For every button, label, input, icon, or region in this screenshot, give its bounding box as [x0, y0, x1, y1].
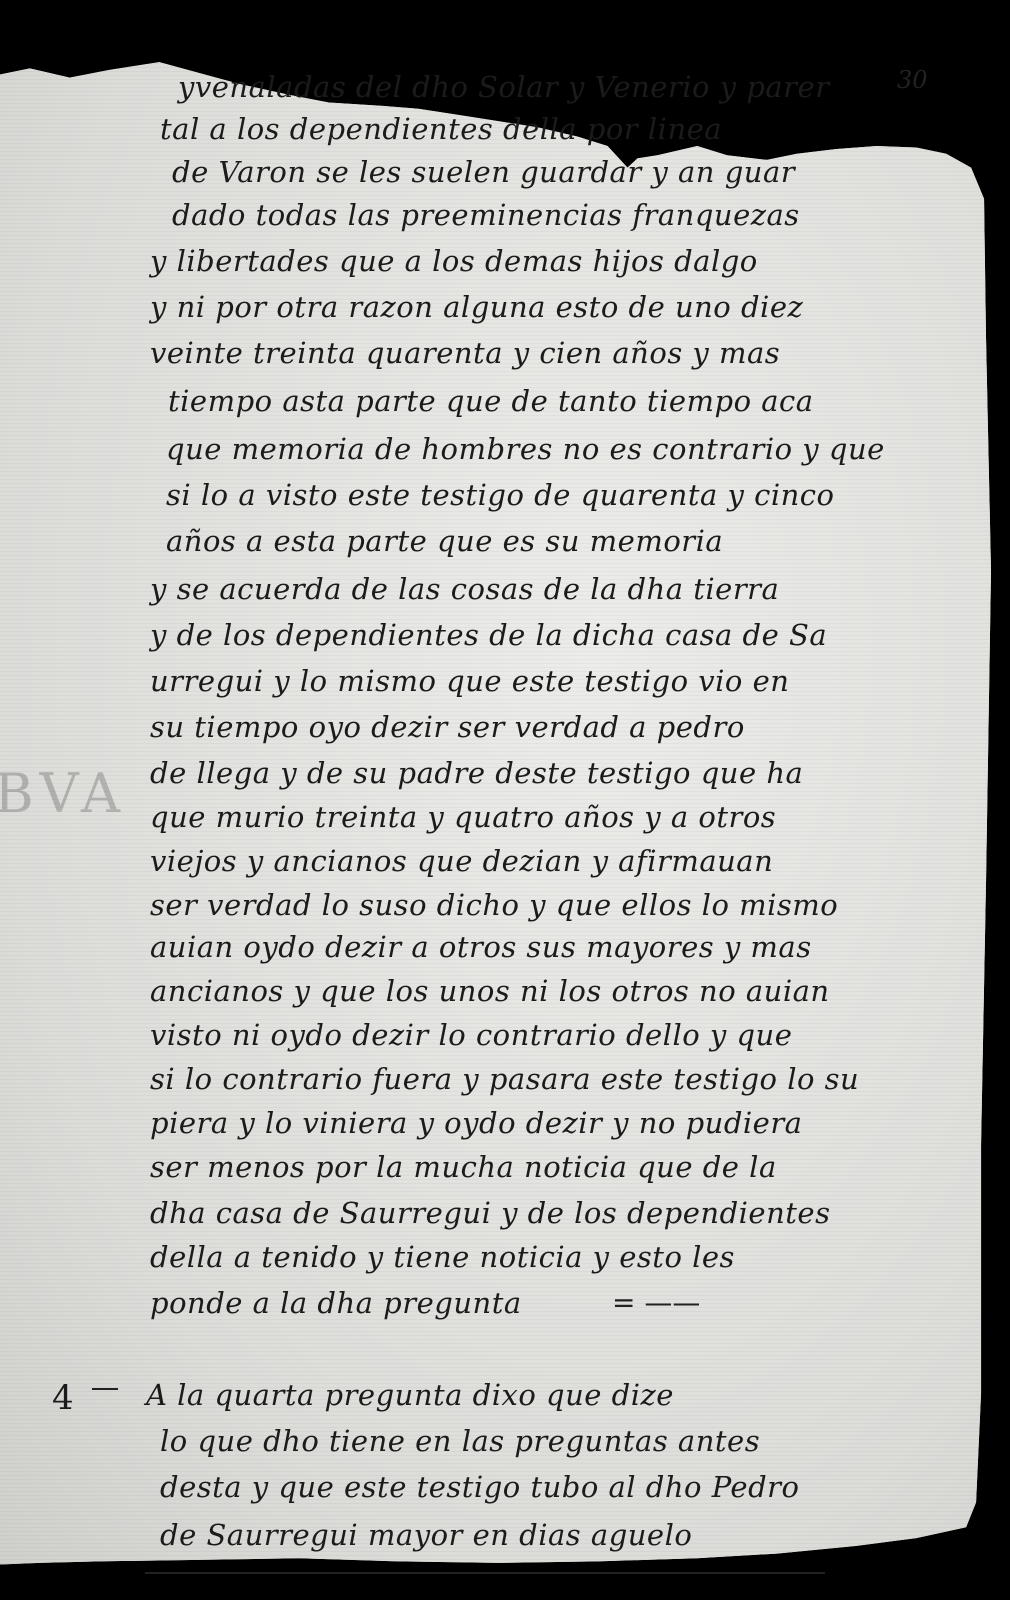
text-line: de llega y de su padre deste testigo que…	[150, 756, 803, 790]
margin-question-number: 4	[52, 1378, 74, 1418]
margin-dash	[92, 1388, 118, 1390]
text-line: si lo contrario fuera y pasara este test…	[150, 1062, 859, 1096]
text-line: que memoria de hombres no es contrario y…	[166, 432, 885, 466]
text-line: veinte treinta quarenta y cien años y ma…	[150, 336, 780, 370]
text-line: ponde a la dha pregunta	[150, 1286, 522, 1320]
library-stamp: BVA	[0, 762, 126, 825]
text-line: desta y que este testigo tubo al dho Ped…	[160, 1470, 799, 1504]
text-line: de Saurregui mayor en dias aguelo	[160, 1518, 692, 1552]
text-line: visto ni oydo dezir lo contrario dello y…	[150, 1018, 792, 1052]
text-line: A la quarta pregunta dixo que dize	[146, 1378, 674, 1412]
text-line: urregui y lo mismo que este testigo vio …	[150, 664, 789, 698]
text-line: si lo a visto este testigo de quarenta y…	[166, 478, 835, 512]
text-line: tiempo asta parte que de tanto tiempo ac…	[168, 384, 814, 418]
closing-rule	[145, 1572, 825, 1574]
text-line: della a tenido y tiene noticia y esto le…	[150, 1240, 735, 1274]
text-line: ancianos y que los unos ni los otros no …	[150, 974, 830, 1008]
text-line: años a esta parte que es su memoria	[166, 524, 723, 558]
text-line: de Varon se les suelen guardar y an guar	[172, 155, 795, 189]
text-line: lo que dho tiene en las preguntas antes	[160, 1424, 760, 1458]
text-line: yvenaladas del dho Solar y Venerio y par…	[178, 70, 830, 104]
text-line: viejos y ancianos que dezian y afirmauan	[150, 844, 773, 878]
text-line: dha casa de Saurregui y de los dependien…	[150, 1196, 830, 1230]
terminator-marks: = ——	[612, 1286, 700, 1319]
text-line: y libertades que a los demas hijos dalgo	[150, 244, 758, 278]
text-line: y de los dependientes de la dicha casa d…	[150, 618, 827, 652]
text-line: ser verdad lo suso dicho y que ellos lo …	[150, 888, 838, 922]
text-line: dado todas las preeminencias franquezas	[172, 198, 800, 232]
text-line: que murio treinta y quatro años y a otro…	[150, 800, 776, 834]
text-line: y ni por otra razon alguna esto de uno d…	[150, 290, 803, 324]
text-line: y se acuerda de las cosas de la dha tier…	[150, 572, 779, 606]
text-line: auian oydo dezir a otros sus mayores y m…	[150, 930, 812, 964]
text-line: tal a los dependientes della por linea	[160, 112, 722, 146]
text-line: ser menos por la mucha noticia que de la	[150, 1150, 777, 1184]
text-line: piera y lo viniera y oydo dezir y no pud…	[150, 1106, 802, 1140]
text-line: su tiempo oyo dezir ser verdad a pedro	[150, 710, 745, 744]
folio-number: 30	[897, 66, 928, 94]
